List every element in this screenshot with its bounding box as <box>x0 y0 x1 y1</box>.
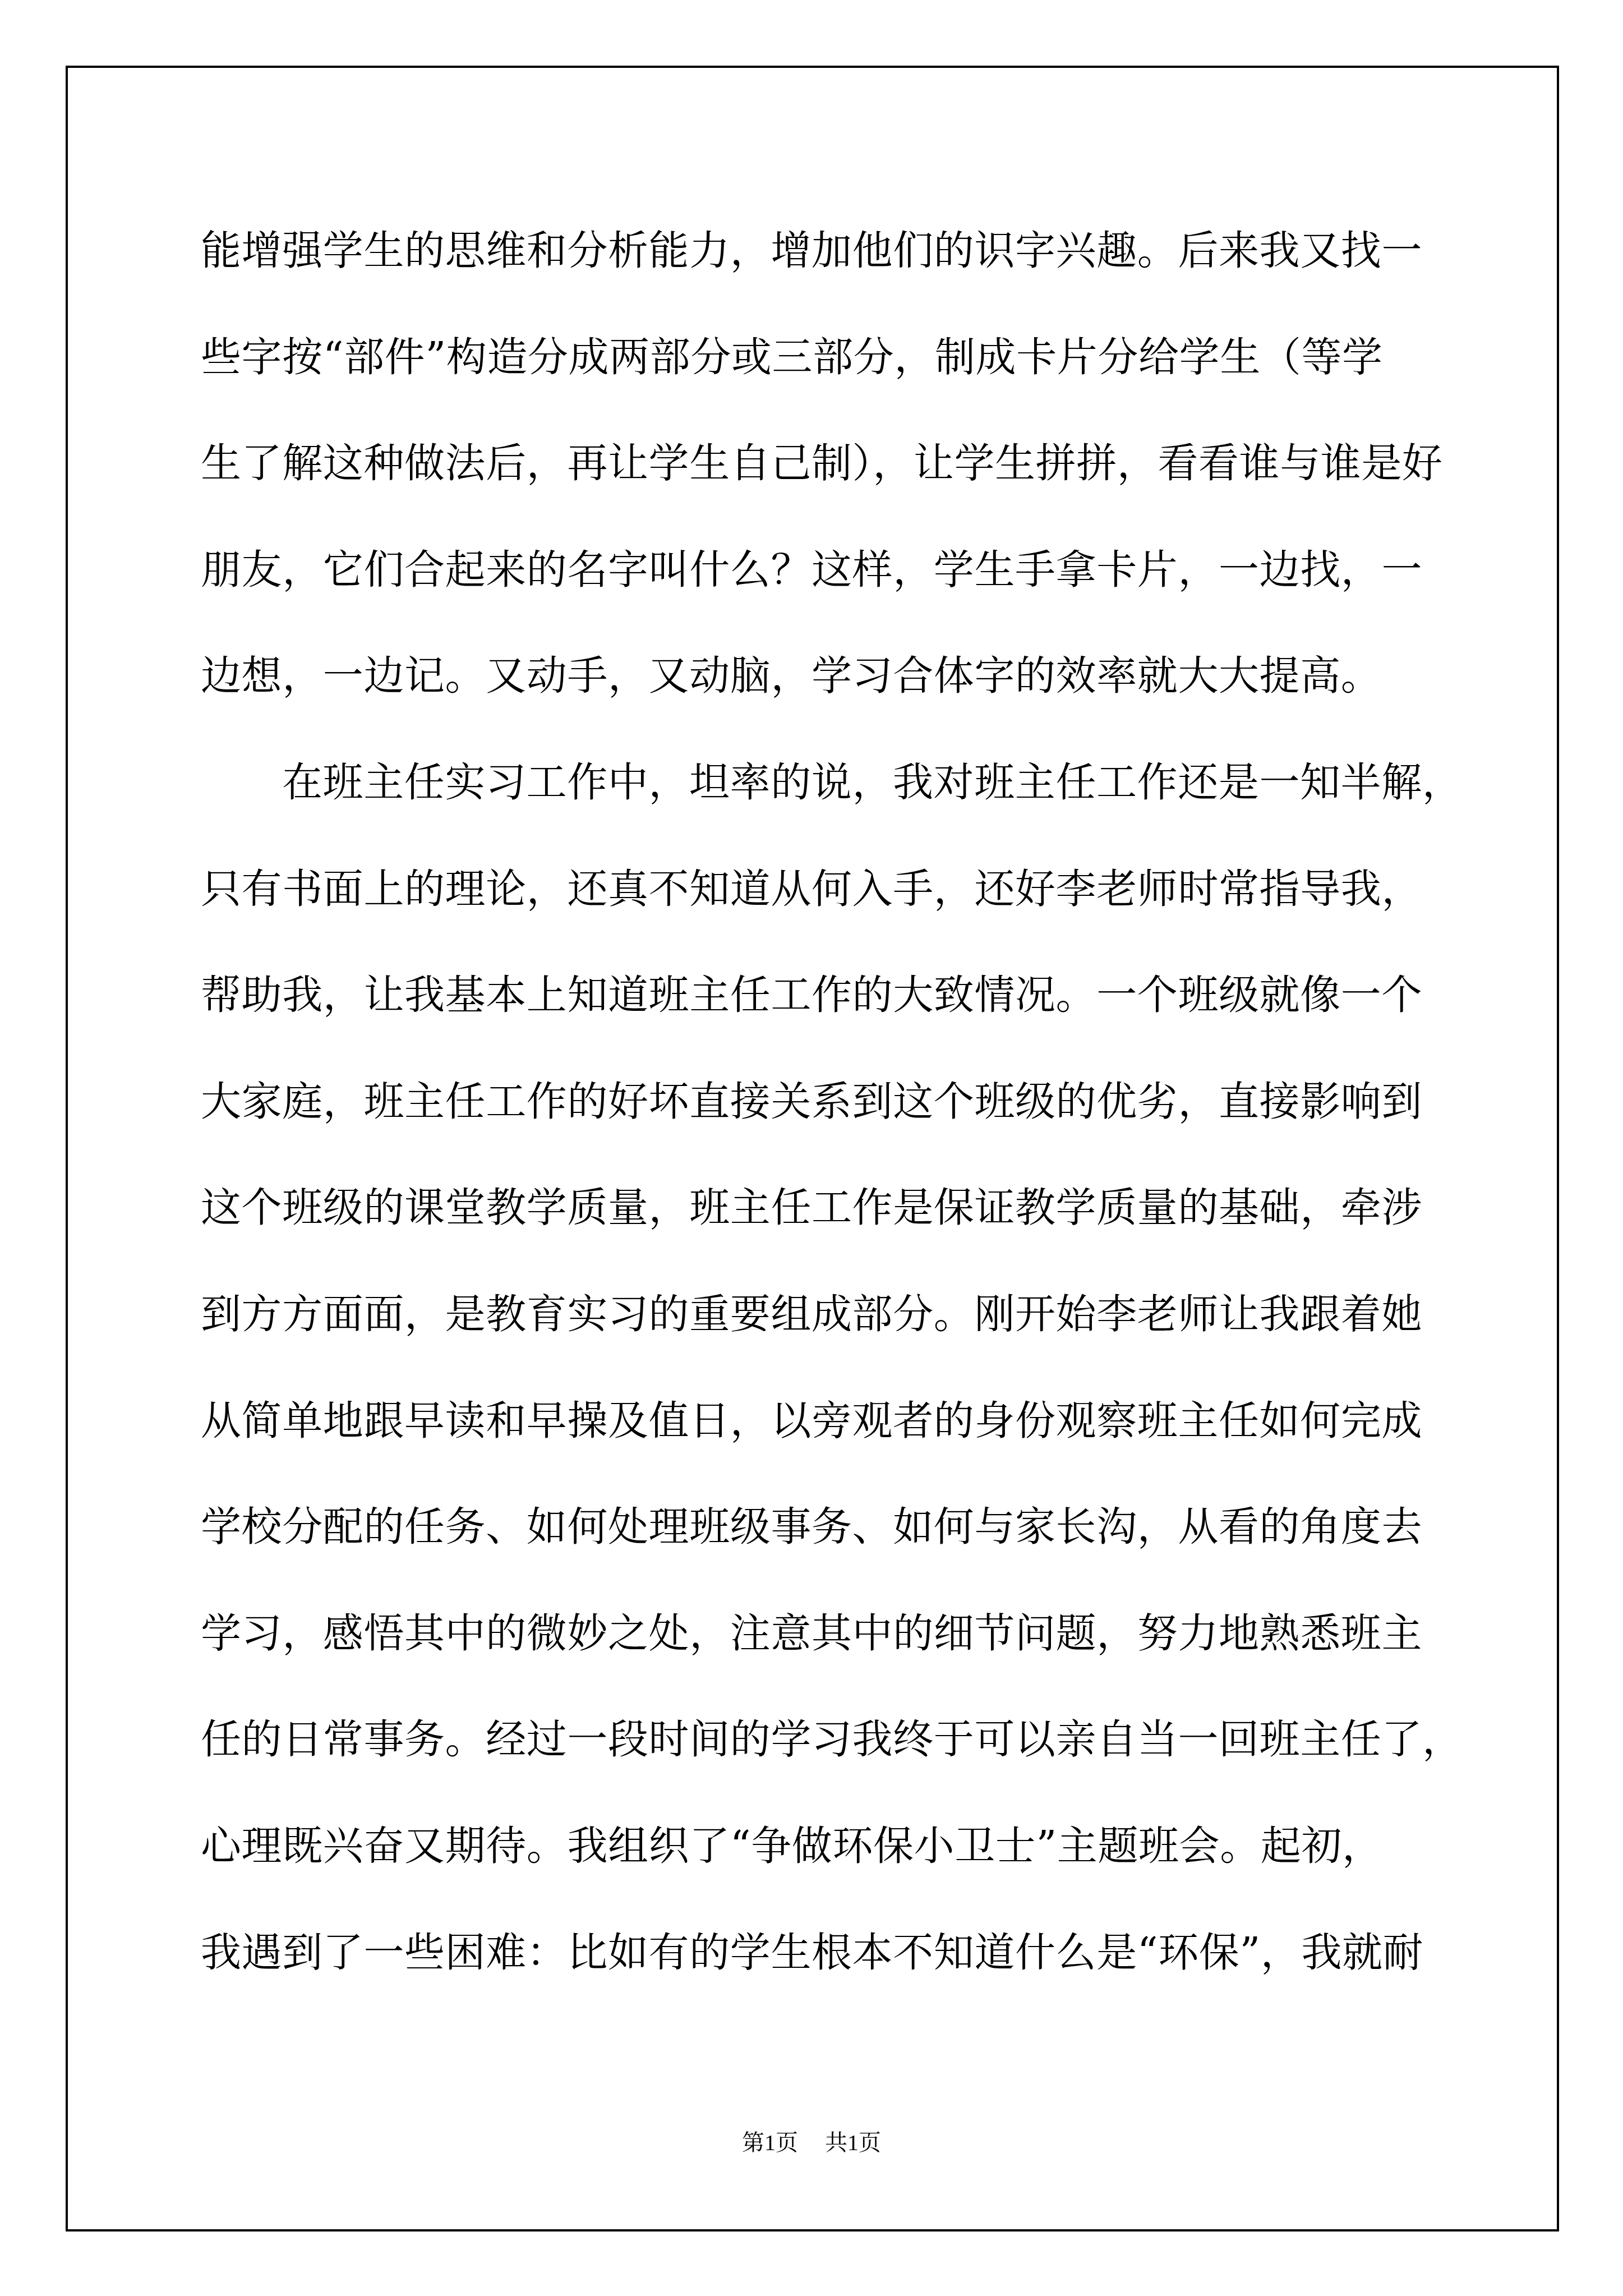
text-line: 生了解这种做法后，再让学生自己制），让学生拼拼，看看谁与谁是好 <box>201 410 1435 517</box>
text-line: 边想，一边记。又动手，又动脑，学习合体字的效率就大大提高。 <box>201 623 1435 729</box>
text-line-indented: 在班主任实习工作中，坦率的说，我对班主任工作还是一知半解， <box>201 729 1435 836</box>
text-line: 从简单地跟早读和早操及值日，以旁观者的身份观察班主任如何完成 <box>201 1368 1435 1474</box>
text-line: 帮助我，让我基本上知道班主任工作的大致情况。一个班级就像一个 <box>201 942 1435 1048</box>
page-total: 共1页 <box>825 2126 881 2160</box>
text-line: 大家庭，班主任工作的好坏直接关系到这个班级的优劣，直接影响到 <box>201 1048 1435 1155</box>
page-number: 第1页 <box>742 2126 798 2160</box>
text-line: 朋友，它们合起来的名字叫什么？这样，学生手拿卡片，一边找，一 <box>201 517 1435 623</box>
text-line: 这个班级的课堂教学质量，班主任工作是保证教学质量的基础，牵涉 <box>201 1154 1435 1261</box>
text-line: 任的日常事务。经过一段时间的学习我终于可以亲自当一回班主任了， <box>201 1686 1435 1793</box>
text-line: 我遇到了一些困难：比如有的学生根本不知道什么是“环保”，我就耐 <box>201 1899 1435 2006</box>
text-line: 些字按“部件”构造分成两部分或三部分，制成卡片分给学生（等学 <box>201 304 1435 411</box>
page-footer: 第1页共1页 <box>0 2126 1623 2160</box>
text-line: 只有书面上的理论，还真不知道从何入手，还好李老师时常指导我， <box>201 836 1435 942</box>
document-body: 能增强学生的思维和分析能力，增加他们的识字兴趣。后来我又找一 些字按“部件”构造… <box>201 197 1435 2005</box>
text-line: 心理既兴奋又期待。我组织了“争做环保小卫士”主题班会。起初， <box>201 1793 1435 1899</box>
text-line: 学校分配的任务、如何处理班级事务、如何与家长沟，从看的角度去 <box>201 1474 1435 1580</box>
text-line: 到方方面面，是教育实习的重要组成部分。刚开始李老师让我跟着她 <box>201 1261 1435 1368</box>
text-line: 能增强学生的思维和分析能力，增加他们的识字兴趣。后来我又找一 <box>201 197 1435 304</box>
text-line: 学习，感悟其中的微妙之处，注意其中的细节问题，努力地熟悉班主 <box>201 1580 1435 1687</box>
